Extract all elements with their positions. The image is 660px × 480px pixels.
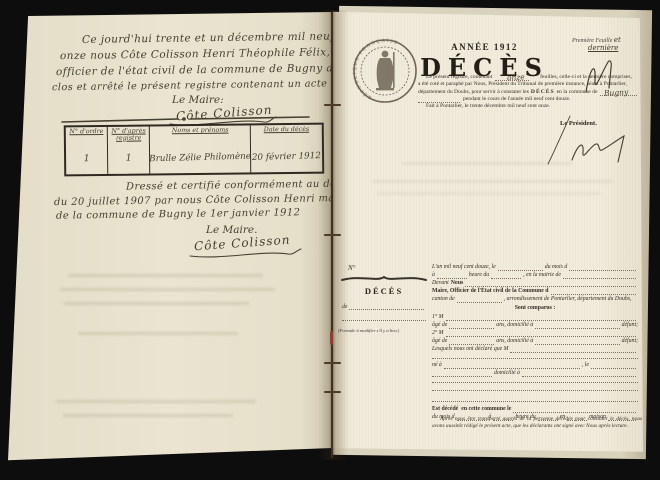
form-l12a: né à <box>432 362 442 369</box>
form-l11: Lesquels nous ont déclaré que M <box>432 346 508 353</box>
preamble-p2: feuilles, celle-ci et la dernière compri… <box>532 74 632 81</box>
form-l5b: , arrondissement de Pontarlier, départem… <box>504 296 632 303</box>
left-page: Ce jourd'hui trente et un décembre mil n… <box>8 12 332 462</box>
annual-register-table: N° d'ordre 1 N° d'après registre 1 Noms … <box>64 123 325 177</box>
blank <box>446 332 637 337</box>
blank <box>569 266 636 271</box>
year-heading: ANNÉE 1912 <box>332 42 637 52</box>
blank <box>449 340 494 345</box>
blank <box>432 386 638 391</box>
red-thread-mark <box>330 331 333 345</box>
blank <box>551 290 636 295</box>
form-l3a: Devant <box>432 280 449 287</box>
binding-stitch <box>324 362 341 364</box>
table-cell-death-date: 20 février 1912 <box>251 140 322 173</box>
form-l8c: défunt; <box>622 322 638 329</box>
blank <box>446 316 637 321</box>
blank <box>457 298 502 303</box>
table-col-order: N° d'ordre 1 <box>66 127 109 174</box>
show-through-line <box>68 274 263 277</box>
table-col-death-date: Date du décès 20 février 1912 <box>251 125 322 173</box>
blank <box>522 372 636 377</box>
president-signature <box>568 132 628 166</box>
table-header-register: N° d'après registre <box>108 126 149 142</box>
form-l10b: ans, domicilié à <box>496 338 533 345</box>
sheet-count-blank: onze <box>495 76 529 81</box>
show-through-line <box>60 288 275 291</box>
continuation-blank <box>418 98 460 103</box>
show-through-line <box>372 180 612 183</box>
margin-de-line: de <box>342 304 426 310</box>
form-l10a: âgé de <box>432 338 447 345</box>
margin-dotted-line <box>342 320 426 321</box>
binding-stitch <box>324 104 341 106</box>
form-l1a: L'an mil neuf cent douze, le <box>432 264 496 271</box>
form-l13: domicilié à <box>494 370 520 377</box>
form-l12b: , le <box>582 362 589 369</box>
blank <box>591 364 636 369</box>
form-l7: 1° M <box>432 314 444 321</box>
blank <box>535 340 619 345</box>
form-l3b: Nous <box>451 280 464 287</box>
form-l2b: heure du <box>469 272 489 279</box>
scanned-register-photo: { "colors": { "background": "#0d0d0d", "… <box>0 0 660 480</box>
table-col-register: N° d'après registre 1 <box>108 126 151 173</box>
certification-line1: Dressé et certifié conformément au décre… <box>126 178 358 192</box>
blank <box>563 274 636 279</box>
margin-de-label: de <box>342 304 347 310</box>
closing-statement-line2: onze nous Côte Colisson Henri Théophile … <box>60 46 367 62</box>
commune-handwritten: Bugny <box>604 88 629 97</box>
binding-stitch <box>324 391 341 393</box>
table-header-death-date: Date du décès <box>251 125 322 142</box>
blank <box>449 324 494 329</box>
preamble-p3: a été coté et paraphé par Nous, Présiden… <box>418 81 627 88</box>
preamble-p1: Le présent registre, contenant <box>418 74 492 81</box>
form-l2a: à <box>432 272 435 279</box>
form-l8b: ans, domicilié à <box>496 322 533 329</box>
margin-formule-note: (Formule à modifier s'il y a lieu.) <box>338 328 433 333</box>
show-through-line <box>56 400 256 403</box>
form-l4: Maire, Officier de l'État civil de la Co… <box>432 288 549 295</box>
blank <box>498 266 543 271</box>
blank <box>437 274 467 279</box>
form-sont-comparus: Sont comparus : <box>515 305 556 312</box>
table-cell-names: Brulle Zélie Philomène <box>150 141 251 175</box>
blank <box>465 282 636 287</box>
sheet-count-handwritten: onze <box>499 73 525 82</box>
table-col-names: Noms et prénoms Brulle Zélie Philomène <box>150 125 251 173</box>
commune-blank: Bugny <box>600 91 637 96</box>
certification-line3: de la commune de Bugny le 1er janvier 19… <box>56 207 301 221</box>
form-l1b: du mois d <box>545 264 568 271</box>
show-through-line <box>78 332 238 335</box>
form-est-decede: Est décédé <box>432 406 458 413</box>
table-cell-register: 1 <box>108 142 150 174</box>
blank <box>432 354 638 359</box>
table-header-names: Noms et prénoms <box>150 125 250 142</box>
blank <box>432 397 638 402</box>
closing-statement-line1: Ce jourd'hui trente et un décembre mil n… <box>82 30 363 46</box>
preamble-deces-bold: DÉCÈS <box>531 89 555 96</box>
binding-stitch <box>324 234 341 236</box>
margin-deces-label: DÉCÈS <box>342 286 426 296</box>
blank <box>444 364 580 369</box>
blank <box>510 348 636 353</box>
form-l14b: en cette commune le <box>461 406 511 413</box>
preamble-p5: en la commune de <box>557 89 598 96</box>
blank <box>535 324 619 329</box>
mayor-signature-2-flourish <box>188 247 303 261</box>
form-l10c: défunt; <box>622 338 638 345</box>
certification-line2: du 20 juillet 1907 par nous Côte Colisso… <box>54 193 350 208</box>
margin-de-blank <box>349 305 424 310</box>
show-through-line <box>63 414 233 417</box>
le-maire-signoff: Le Maire: <box>172 94 224 106</box>
blank <box>432 378 638 383</box>
form-l9: 2° M <box>432 330 444 337</box>
form-l8a: âgé de <box>432 322 447 329</box>
form-l5a: canton de <box>432 296 455 303</box>
show-through-line <box>376 192 601 195</box>
form-closing-paragraph: Après nous être transporté auprès de la … <box>432 416 642 429</box>
show-through-line <box>64 302 249 305</box>
closing-statement-line3: officier de l'état civil de la commune d… <box>56 62 359 78</box>
table-cell-order: 1 <box>66 143 108 175</box>
blank <box>513 408 636 413</box>
act-number-label: N° <box>348 264 355 272</box>
show-through-line <box>402 162 572 165</box>
blank <box>432 372 492 377</box>
preamble-p4: département du Doubs, pour servir à cons… <box>418 89 529 96</box>
right-page: Première Feuille et dernière RÉPUBLIQUE … <box>332 10 643 458</box>
table-header-order: N° d'ordre <box>66 127 107 143</box>
blank <box>491 274 521 279</box>
form-l2c: , en la mairie de <box>523 272 561 279</box>
margin-ornament <box>342 274 426 284</box>
register-preamble: Le présent registre, contenant onze feui… <box>418 74 640 110</box>
preamble-p7: Fait à Pontarlier, le trente décembre mi… <box>418 103 550 110</box>
le-maire-signoff-2: Le Maire. <box>206 224 257 236</box>
